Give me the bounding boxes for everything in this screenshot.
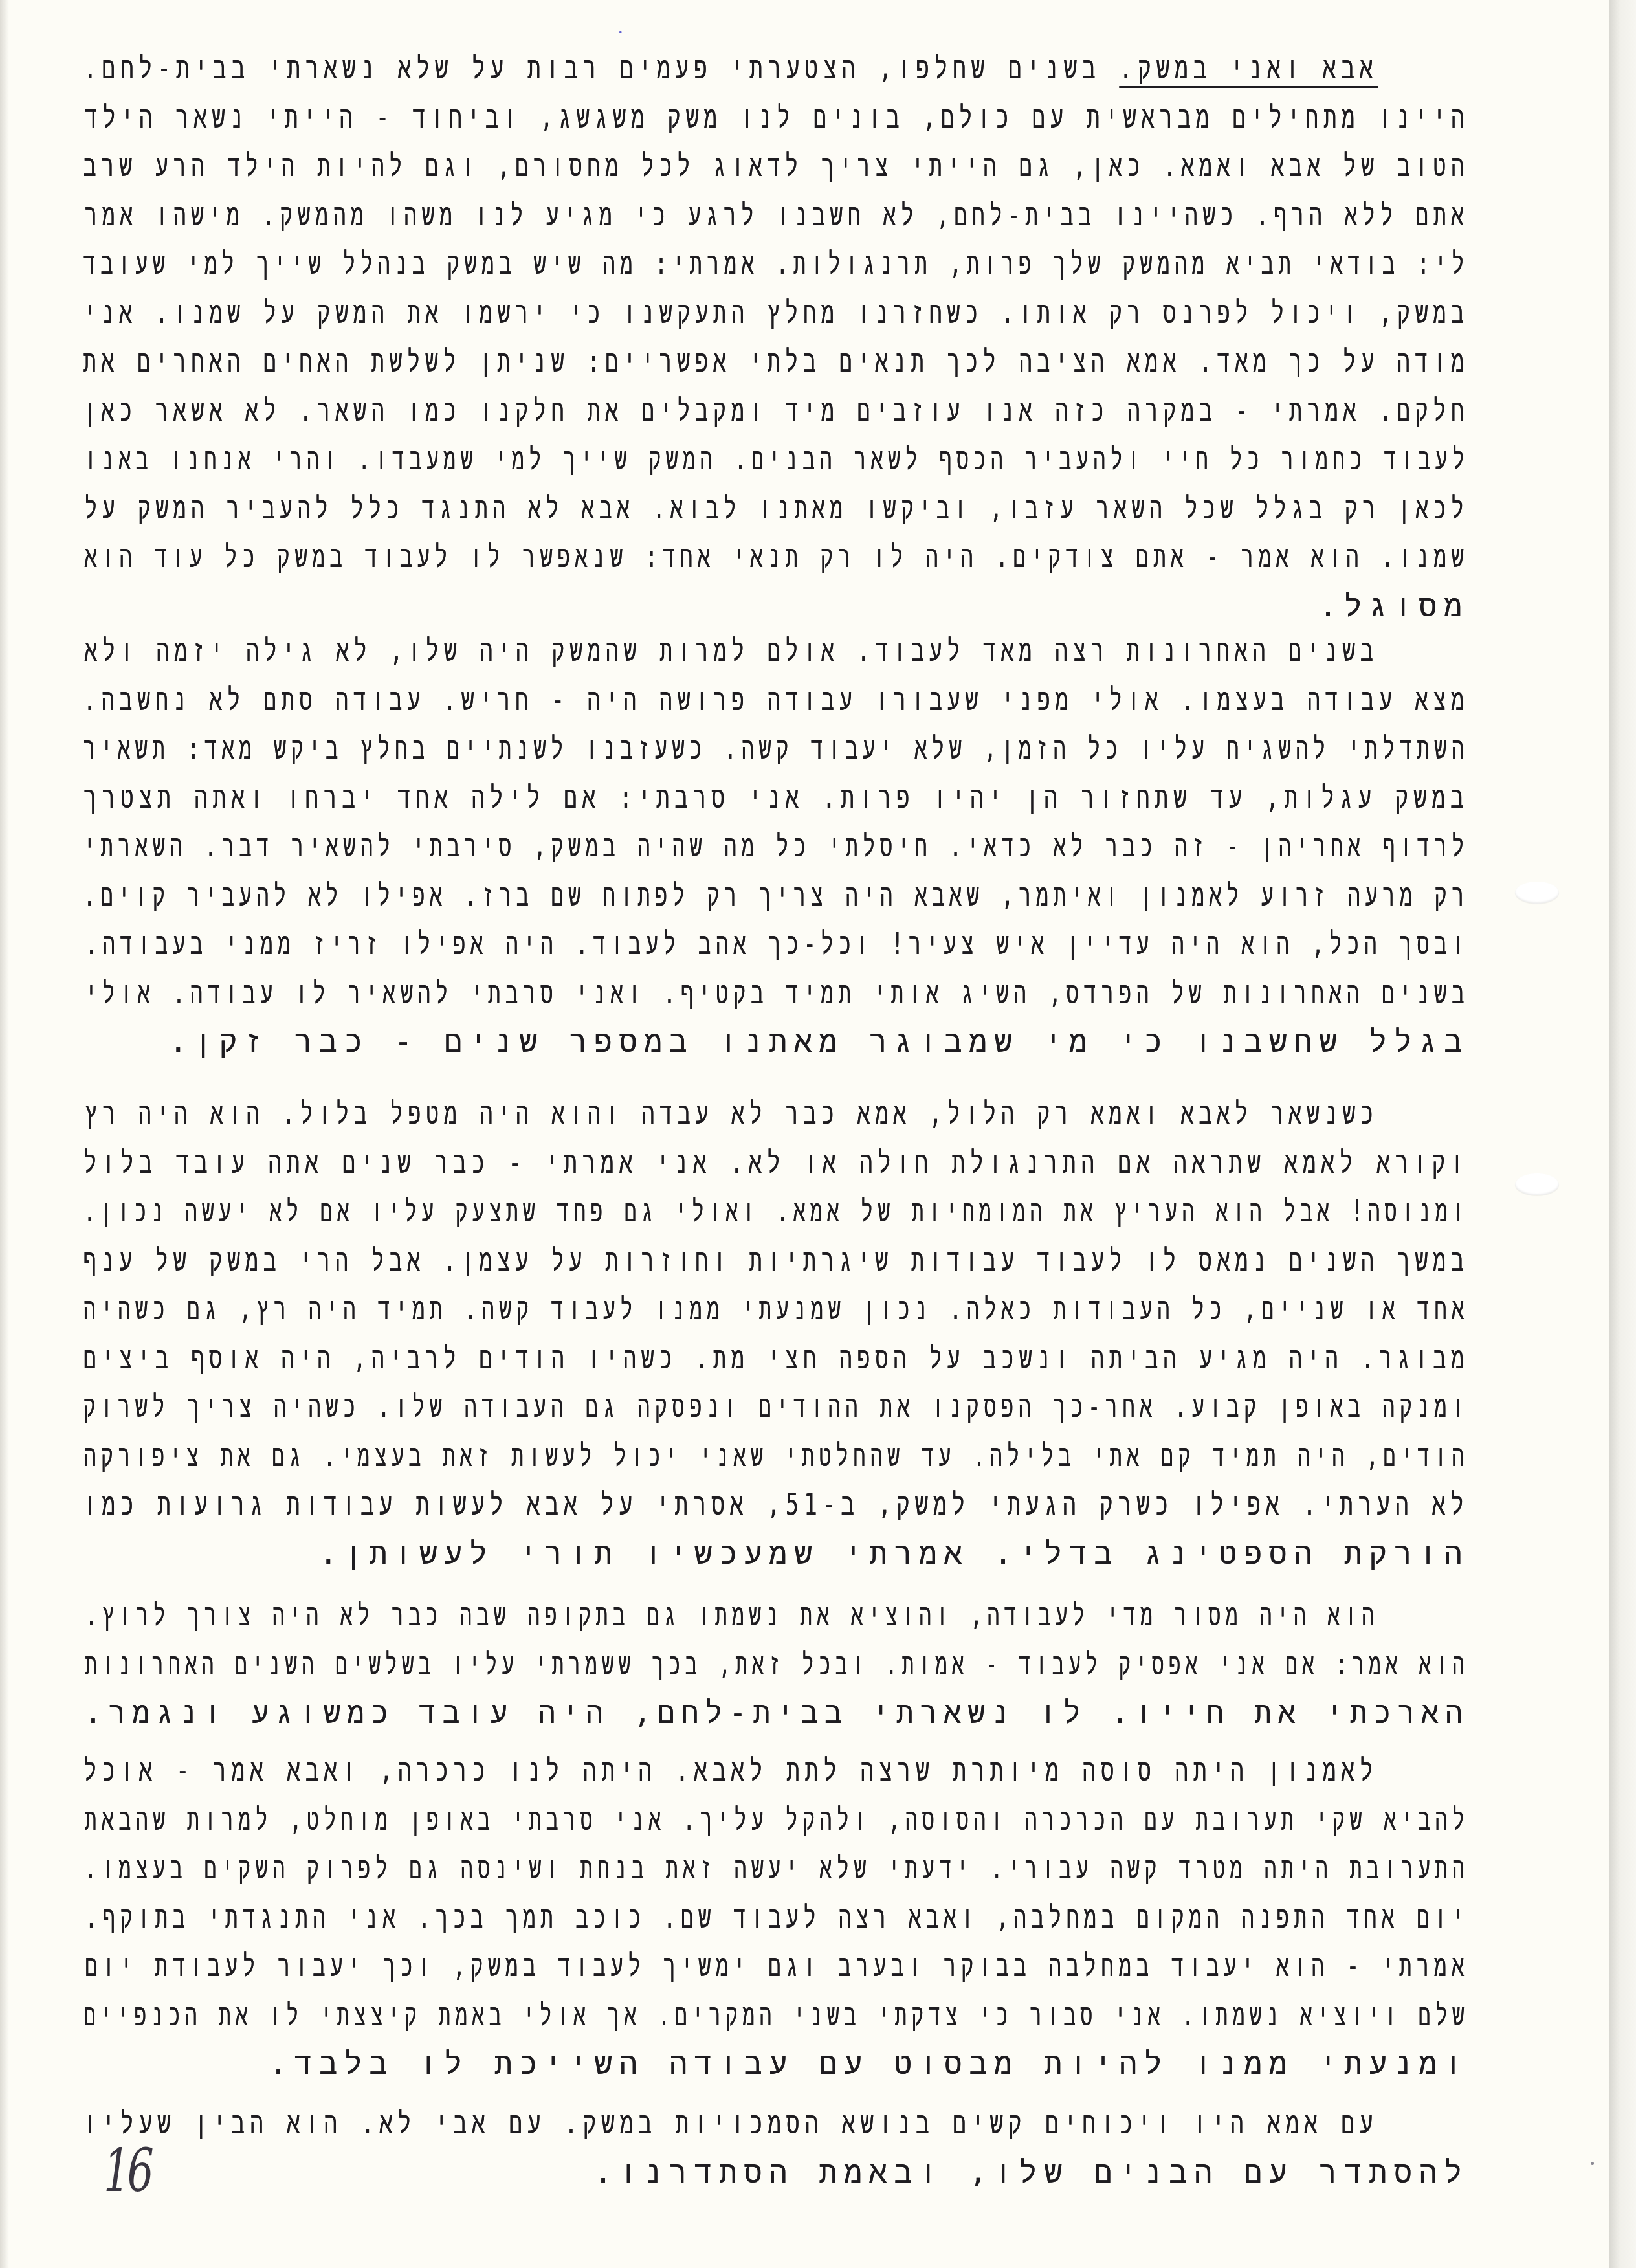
text-line: בשנים האחרונות של הפרדס, השיג אותי תמיד … bbox=[85, 973, 1469, 1012]
binder-hole-bottom bbox=[1515, 1173, 1559, 1195]
text-line: במשך השנים נמאס לו לעבוד עבודות שיגרתיות… bbox=[83, 1241, 1469, 1280]
text-line: ובסך הכל, הוא היה עדיין איש צעיר! וכל-כך… bbox=[85, 924, 1469, 963]
text-line: לא הערתי. אפילו כשרק הגעתי למשק, ב-51, א… bbox=[83, 1485, 1469, 1524]
text-line: לעבוד כחמור כל חיי ולהעביר הכסף לשאר הבנ… bbox=[84, 439, 1469, 478]
text-line: לאמנון היתה סוסה מיותרת שרצה לתת לאבא. ה… bbox=[83, 1751, 1378, 1790]
text-line: וקורא לאמא שתראה אם התרנגולת חולה או לא.… bbox=[83, 1143, 1469, 1182]
text-line: היינו מתחילים מבראשית עם כולם, בונים לנו… bbox=[84, 98, 1469, 137]
text-line: לכאן רק בגלל שכל השאר עזבו, וביקשו מאתנו… bbox=[85, 489, 1469, 528]
text-line: מבוגר. היה מגיע הביתה ונשכב על הספה חצי … bbox=[83, 1339, 1469, 1377]
text-line: שלם ויוציא נשמתו. אני סבור כי צדקתי בשני… bbox=[83, 1996, 1469, 2034]
text-line: התערובת היתה מטרד קשה עבורי. ידעתי שלא י… bbox=[84, 1849, 1469, 1887]
text-line: לרדוף אחריהן - זה כבר לא כדאי. חיסלתי כל… bbox=[83, 827, 1469, 865]
paper-edge bbox=[1609, 0, 1636, 2268]
text-line: חלקם. אמרתי - במקרה כזה אנו עוזבים מיד ו… bbox=[83, 391, 1469, 430]
text-line: יום אחד התפנה המקום במחלבה, ואבא רצה לעב… bbox=[85, 1898, 1469, 1937]
ink-speck bbox=[1591, 2162, 1594, 2165]
text-line: אבא ואני במשק. בשנים שחלפו, הצטערתי פעמי… bbox=[83, 49, 1378, 87]
text-line: הודים, היה תמיד קם אתי בלילה. עד שהחלטתי… bbox=[84, 1436, 1469, 1475]
text-line: להסתדר עם הבנים שלו, ובאמת הסתדרנו. bbox=[594, 2153, 1469, 2192]
text-line: רק מרעה זרוע לאמנון ואיתמר, שאבא היה צרי… bbox=[83, 876, 1469, 915]
text-line: מודה על כך מאד. אמא הציבה לכך תנאים בלתי… bbox=[83, 342, 1469, 381]
text-line: בשנים האחרונות רצה מאד לעבוד. אולם למרות… bbox=[85, 631, 1378, 670]
text-line-content: בשנים שחלפו, הצטערתי פעמים רבות על שלא נ… bbox=[83, 50, 1120, 85]
text-line: לי: בודאי תביא מהמשק שלך פרות, תרנגולות.… bbox=[83, 244, 1469, 283]
text-line: אחד או שניים, כל העבודות כאלה. נכון שמנע… bbox=[83, 1289, 1469, 1328]
text-line: כשנשאר לאבא ואמא רק הלול, אמא כבר לא עבד… bbox=[84, 1094, 1378, 1133]
text-line: במשק עגלות, עד שתחזור הן יהיו פרות. אני … bbox=[83, 778, 1469, 817]
text-line: ומנוסה! אבל הוא העריץ את המומחיות של אמא… bbox=[83, 1192, 1469, 1230]
text-line: במשק, ויכול לפרנס רק אותו. כשחזרנו מחלץ … bbox=[83, 293, 1469, 332]
text-line: שמנו. הוא אמר - אתם צודקים. היה לו רק תנ… bbox=[85, 537, 1469, 576]
text-line: הוא אמר: אם אני אפסיק לעבוד - אמות. ובכל… bbox=[85, 1645, 1469, 1684]
binder-hole-top bbox=[1515, 882, 1559, 904]
text-line: מצא עבודה בעצמו. אולי מפני שעבורו עבודה … bbox=[83, 680, 1469, 719]
page-left-shadow bbox=[0, 0, 9, 2268]
text-line: אמרתי - הוא יעבוד במחלבה בבוקר ובערב וגם… bbox=[85, 1946, 1469, 1985]
text-line: בגלל שחשבנו כי מי שמבוגר מאתנו במספר שני… bbox=[169, 1022, 1469, 1061]
text-line: עם אמא היו ויכוחים קשים בנושא הסמכויות ב… bbox=[83, 2104, 1378, 2142]
text-line: הטוב של אבא ואמא. כאן, גם הייתי צריך לדא… bbox=[83, 146, 1469, 185]
text-line: הארכתי את חייו. לו נשארתי בבית-לחם, היה … bbox=[85, 1693, 1469, 1732]
section-title: אבא ואני במשק. bbox=[1120, 50, 1378, 85]
text-line: ומנקה באופן קבוע. אחר-כך הפסקנו את ההודי… bbox=[83, 1387, 1469, 1426]
text-line: מסוגל. bbox=[1319, 586, 1469, 625]
ink-speck bbox=[619, 31, 622, 33]
text-line: השתדלתי להשגיח עליו כל הזמן, שלא יעבוד ק… bbox=[83, 729, 1469, 768]
text-line: להביא שקי תערובת עם הכרכרה והסוסה, ולהקל… bbox=[84, 1800, 1469, 1839]
text-line: הוא היה מסור מדי לעבודה, והוציא את נשמתו… bbox=[85, 1595, 1378, 1634]
text-line: ומנעתי ממנו להיות מבסוט עם עבודה השייכת … bbox=[269, 2044, 1469, 2083]
text-line: הורקת הספטינג בדלי. אמרתי שמעכשיו תורי ל… bbox=[319, 1534, 1469, 1573]
handwritten-page-number: 16 bbox=[104, 2136, 151, 2205]
text-line: אתם ללא הרף. כשהיינו בבית-לחם, לא חשבנו … bbox=[85, 195, 1469, 234]
